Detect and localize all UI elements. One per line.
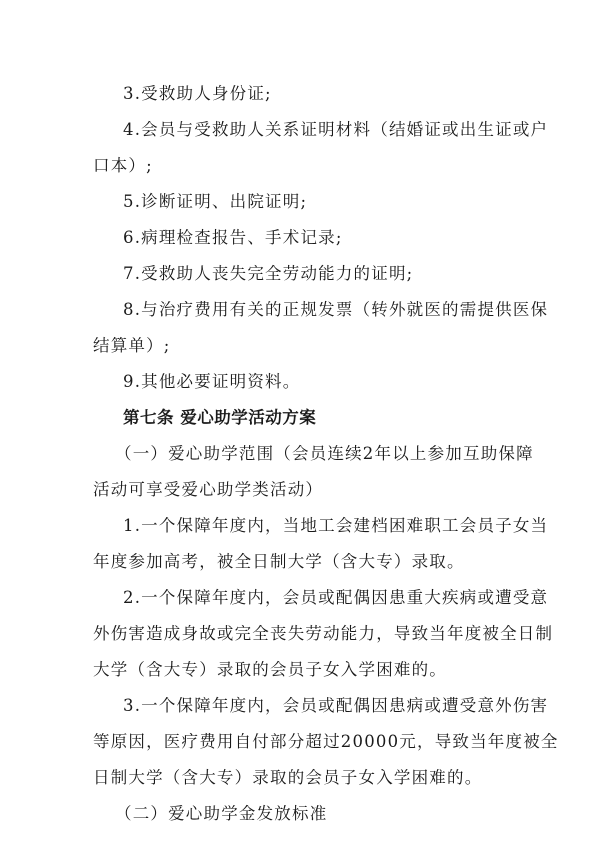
list-item-invoices: 8.与治疗费用有关的正规发票（转外就医的需提供医保	[123, 300, 505, 320]
scope-item-2-cont2: 大学（含大专）录取的会员子女入学困难的。	[93, 660, 505, 680]
list-item-pathology: 6.病理检查报告、手术记录;	[123, 228, 505, 248]
scope-item-3: 3.一个保障年度内，会员或配偶因患病或遭受意外伤害	[123, 696, 505, 716]
scope-item-2-cont: 外伤害造成身故或完全丧失劳动能力，导致当年度被全日制	[93, 624, 505, 644]
list-item-relationship-proof-cont: 口本）;	[93, 156, 505, 176]
subsection-scope: （一）爱心助学范围（会员连续2年以上参加互助保障	[115, 444, 527, 464]
scope-item-1: 1.一个保障年度内，当地工会建档困难职工会员子女当	[123, 516, 505, 536]
list-item-id-card: 3.受救助人身份证;	[123, 84, 505, 104]
list-item-diagnosis: 5.诊断证明、出院证明;	[123, 192, 505, 212]
scope-item-2: 2.一个保障年度内，会员或配偶因患重大疾病或遭受意	[123, 588, 505, 608]
subsection-standard: （二）爱心助学金发放标准	[115, 804, 527, 824]
scope-item-3-cont2: 日制大学（含大专）录取的会员子女入学困难的。	[93, 768, 505, 788]
list-item-invoices-cont: 结算单）;	[93, 336, 505, 356]
list-item-other: 9.其他必要证明资料。	[123, 372, 505, 392]
document-page: 3.受救助人身份证; 4.会员与受救助人关系证明材料（结婚证或出生证或户 口本）…	[0, 0, 600, 848]
list-item-disability-proof: 7.受救助人丧失完全劳动能力的证明;	[123, 264, 505, 284]
subsection-scope-cont: 活动可享受爱心助学类活动）	[93, 480, 505, 500]
section-heading-article-7: 第七条 爱心助学活动方案	[123, 408, 505, 428]
list-item-relationship-proof: 4.会员与受救助人关系证明材料（结婚证或出生证或户	[123, 120, 505, 140]
scope-item-1-cont: 年度参加高考，被全日制大学（含大专）录取。	[93, 552, 505, 572]
scope-item-3-cont: 等原因，医疗费用自付部分超过20000元，导致当年度被全	[93, 732, 505, 752]
